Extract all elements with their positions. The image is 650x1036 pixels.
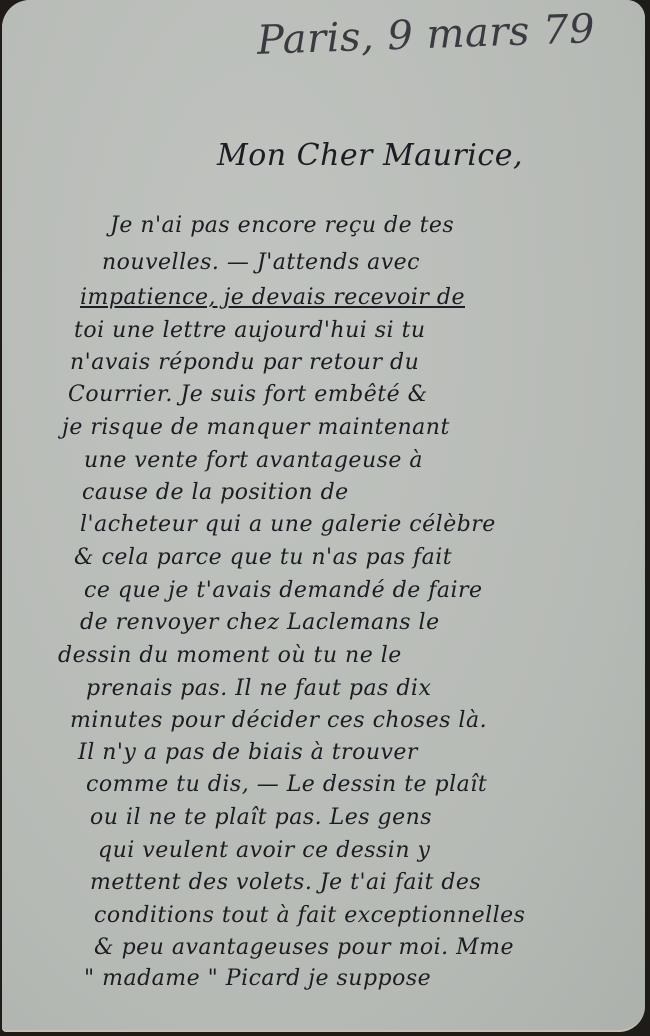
letter-line: ou il ne te plaît pas. Les gens bbox=[90, 805, 432, 830]
letter-line: minutes pour décider ces choses là. bbox=[70, 708, 487, 733]
letter-line: mettent des volets. Je t'ai fait des bbox=[90, 870, 481, 895]
letter-line: " madame " Picard je suppose bbox=[84, 966, 431, 991]
letter-line: nouvelles. — J'attends avec bbox=[102, 250, 420, 275]
letter-line: toi une lettre aujourd'hui si tu bbox=[74, 318, 426, 343]
letter-line: Il n'y a pas de biais à trouver bbox=[78, 740, 418, 765]
letter-line: Je n'ai pas encore reçu de tes bbox=[110, 213, 454, 238]
dateline: Paris, 9 mars 79 bbox=[256, 6, 595, 64]
letter-line: une vente fort avantageuse à bbox=[84, 448, 423, 473]
salutation: Mon Cher Maurice, bbox=[217, 138, 523, 173]
letter-line: & peu avantageuses pour moi. Mme bbox=[94, 935, 514, 960]
letter-line: n'avais répondu par retour du bbox=[70, 350, 419, 375]
letter-line: l'acheteur qui a une galerie célèbre bbox=[80, 512, 496, 537]
letter-line: dessin du moment où tu ne le bbox=[58, 643, 402, 668]
letter-page: Paris, 9 mars 79 Mon Cher Maurice, Je n'… bbox=[2, 0, 645, 1032]
letter-line: comme tu dis, — Le dessin te plaît bbox=[86, 772, 487, 797]
letter-line: prenais pas. Il ne faut pas dix bbox=[86, 676, 431, 701]
letter-line: Courrier. Je suis fort embêté & bbox=[68, 382, 428, 407]
letter-line: de renvoyer chez Laclemans le bbox=[80, 610, 440, 635]
letter-line: & cela parce que tu n'as pas fait bbox=[74, 545, 452, 570]
letter-line: je risque de manquer maintenant bbox=[62, 415, 450, 440]
letter-line: cause de la position de bbox=[82, 480, 349, 505]
letter-line: ce que je t'avais demandé de faire bbox=[84, 578, 483, 603]
letter-line: qui veulent avoir ce dessin y bbox=[98, 838, 430, 863]
letter-line: conditions tout à fait exceptionnelles bbox=[94, 903, 525, 928]
letter-line: impatience, je devais recevoir de bbox=[80, 285, 465, 310]
